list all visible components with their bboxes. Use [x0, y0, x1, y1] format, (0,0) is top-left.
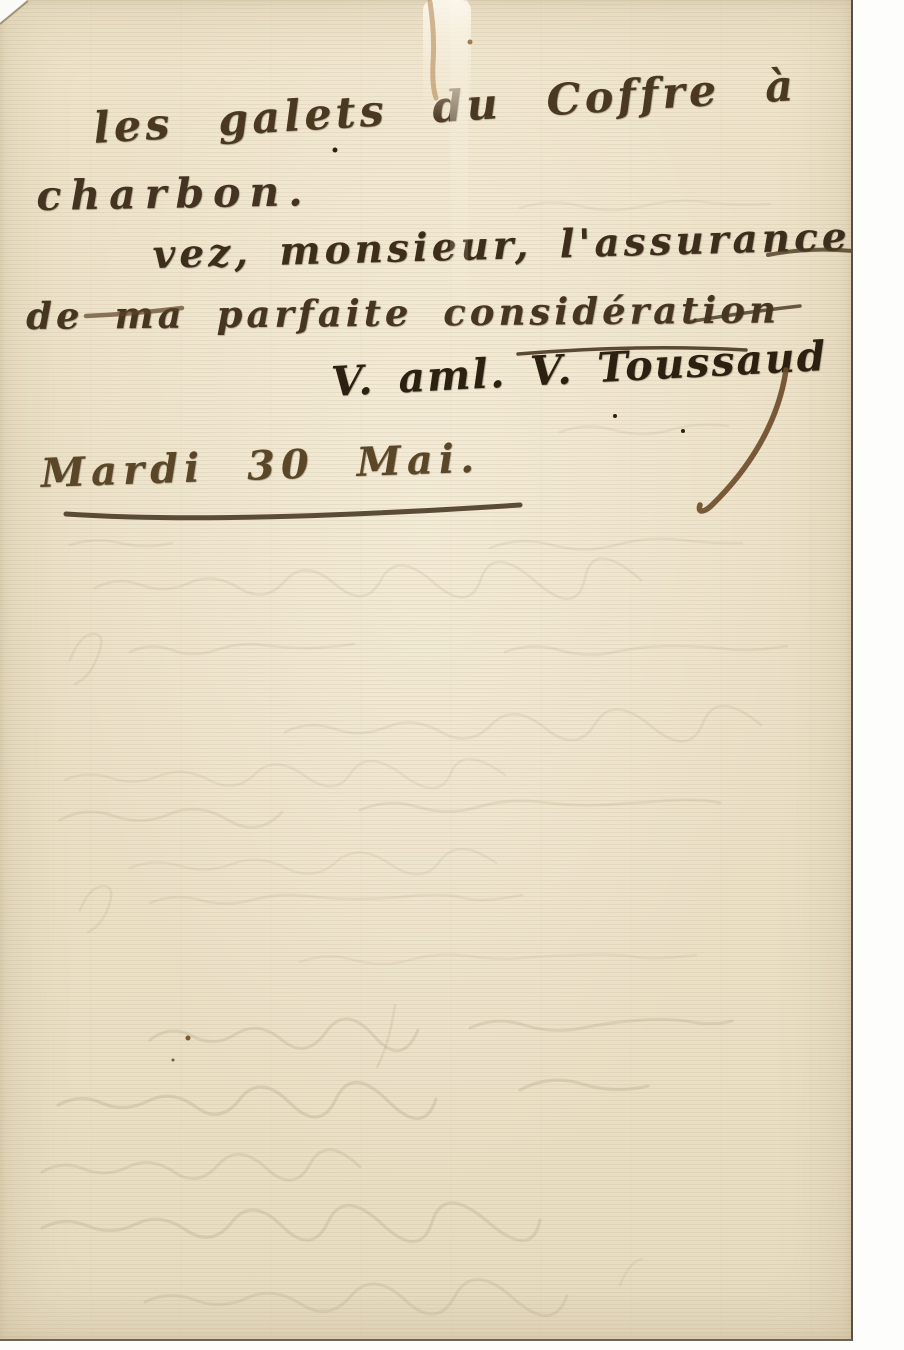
date-underline: [66, 505, 520, 518]
scan-surface: les galets du Coffre à charbon. vez, mon…: [0, 0, 904, 1350]
signature: V. aml. V. Toussaud: [330, 332, 828, 406]
handwriting-line-3: vez, monsieur, l'assurance: [152, 214, 851, 278]
date-line: Mardi 30 Mai.: [40, 435, 481, 497]
dog-ear-corner: [0, 0, 27, 23]
fold-crease: [450, 0, 468, 340]
handwriting-line-1: les galets du Coffre à: [92, 61, 798, 154]
letter-page: les galets du Coffre à charbon. vez, mon…: [0, 0, 853, 1341]
handwriting-line-4: de ma parfaite considération: [26, 287, 780, 338]
handwriting-line-2: charbon.: [36, 167, 312, 220]
